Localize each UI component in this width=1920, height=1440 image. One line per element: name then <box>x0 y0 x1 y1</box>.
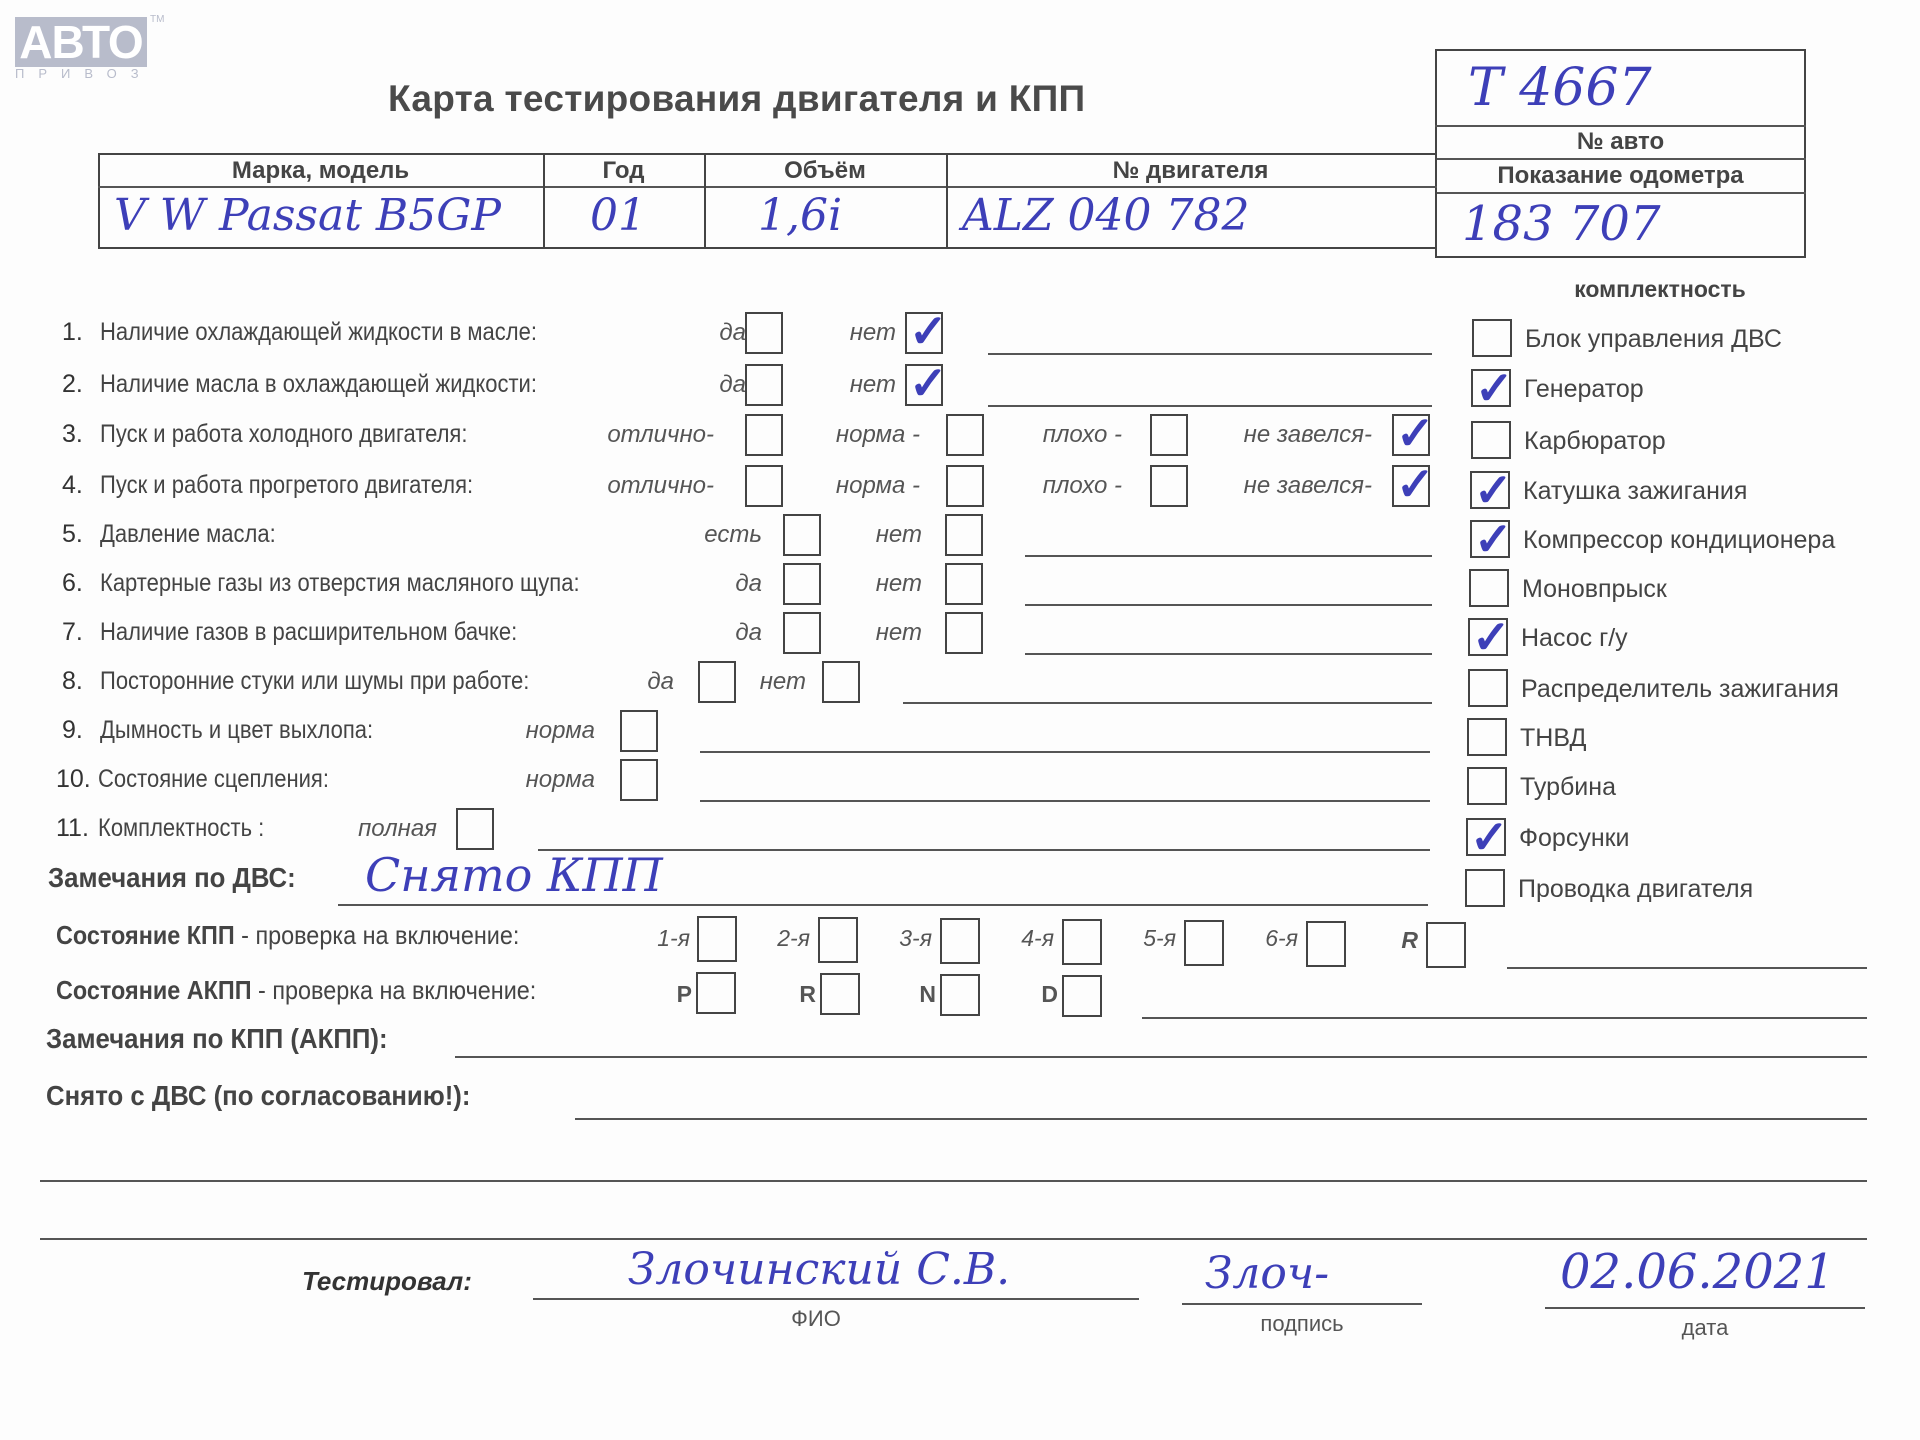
completeness-label: Генератор <box>1524 375 1644 404</box>
option-label: нет <box>722 619 922 647</box>
question-number: 2. <box>62 370 83 399</box>
header-volume: Объём <box>704 157 946 185</box>
option-checkbox[interactable] <box>905 312 943 354</box>
option-label: нет <box>722 570 922 598</box>
odometer-label: Показание одометра <box>1435 162 1806 190</box>
question-number: 1. <box>62 318 83 347</box>
option-checkbox[interactable] <box>822 661 860 703</box>
notes-line[interactable] <box>1025 653 1432 655</box>
manual-gearbox-label-rest: - проверка на включение: <box>235 920 520 950</box>
question-text: Картерные газы из отверстия масляного щу… <box>100 569 580 598</box>
notes-line[interactable] <box>1025 604 1432 606</box>
question-text: Посторонние стуки или шумы при работе: <box>100 667 529 696</box>
name-caption: ФИО <box>533 1306 1099 1332</box>
tester-name-field[interactable]: Злочинский С.В. <box>628 1244 1010 1295</box>
gear-label: 2-я <box>730 925 810 952</box>
question-number: 3. <box>62 420 83 449</box>
option-label: нет <box>722 521 922 549</box>
notes-line[interactable] <box>988 405 1432 407</box>
notes-line[interactable] <box>1025 555 1432 557</box>
notes-line[interactable] <box>700 751 1430 753</box>
divider <box>1435 192 1806 194</box>
auto-gearbox-label: Состояние АКПП - проверка на включение: <box>56 975 536 1006</box>
completeness-checkbox[interactable] <box>1470 520 1510 558</box>
completeness-checkbox[interactable] <box>1468 618 1508 656</box>
header-year: Год <box>543 157 704 185</box>
completeness-checkbox[interactable] <box>1469 569 1509 607</box>
gear-label: 4-я <box>974 925 1054 952</box>
option-label: не завелся- <box>1172 472 1372 500</box>
completeness-label: Блок управления ДВС <box>1525 325 1782 354</box>
option-checkbox[interactable] <box>905 364 943 406</box>
option-checkbox[interactable] <box>945 563 983 605</box>
gear-checkbox[interactable] <box>696 972 736 1014</box>
logo-trademark: TM <box>150 14 164 25</box>
gear-label: N <box>876 981 936 1008</box>
year-field[interactable]: 01 <box>590 190 646 241</box>
completeness-label: Форсунки <box>1519 824 1630 853</box>
option-label: отлично- <box>514 472 714 500</box>
completeness-label: Катушка зажигания <box>1523 477 1747 506</box>
question-number: 5. <box>62 520 83 549</box>
logo-subtitle: ПРИВОЗ <box>15 66 151 81</box>
option-label: не завелся- <box>1172 421 1372 449</box>
option-checkbox[interactable] <box>620 759 658 801</box>
removed-from-engine-label: Снято с ДВС (по согласованию!): <box>46 1080 470 1112</box>
question-text: Пуск и работа холодного двигателя: <box>100 420 467 449</box>
notes-line[interactable] <box>903 702 1432 704</box>
signature-line <box>1182 1303 1422 1305</box>
completeness-checkbox[interactable] <box>1467 767 1507 805</box>
auto-number-field[interactable]: T 4667 <box>1468 58 1652 118</box>
completeness-checkbox[interactable] <box>1465 869 1505 907</box>
question-number: 4. <box>62 471 83 500</box>
engine-remarks-field[interactable]: Снято КПП <box>365 848 663 902</box>
signature-field[interactable]: Злоч- <box>1205 1248 1329 1299</box>
option-label: отлично- <box>514 421 714 449</box>
option-checkbox[interactable] <box>945 612 983 654</box>
gear-checkbox[interactable] <box>1062 975 1102 1017</box>
option-checkbox[interactable] <box>1392 465 1430 507</box>
odometer-field[interactable]: 183 707 <box>1462 196 1661 252</box>
tested-by-label: Тестировал: <box>302 1266 472 1297</box>
completeness-checkbox[interactable] <box>1468 669 1508 707</box>
option-label: норма <box>395 766 595 794</box>
notes-line[interactable] <box>988 353 1432 355</box>
question-text: Наличие масла в охлаждающей жидкости: <box>100 370 537 399</box>
completeness-label: ТНВД <box>1520 724 1586 753</box>
manual-gearbox-label-bold: Состояние КПП <box>56 920 235 950</box>
question-text: Давление масла: <box>100 520 276 549</box>
completeness-checkbox[interactable] <box>1471 421 1511 459</box>
gear-label: 6-я <box>1218 925 1298 952</box>
completeness-label: Карбюратор <box>1524 427 1666 456</box>
header-engine-number: № двигателя <box>946 157 1435 185</box>
page-title: Карта тестирования двигателя и КПП <box>388 78 1085 120</box>
completeness-checkbox[interactable] <box>1466 818 1506 856</box>
completeness-header: комплектность <box>1490 276 1830 303</box>
notes-line[interactable] <box>538 849 1430 851</box>
option-checkbox[interactable] <box>945 514 983 556</box>
auto-gearbox-label-bold: Состояние АКПП <box>56 975 252 1005</box>
logo: АВТО <box>15 17 147 67</box>
completeness-label: Насос г/у <box>1521 624 1628 653</box>
option-checkbox[interactable] <box>456 808 494 850</box>
gear-label: 5-я <box>1096 925 1176 952</box>
question-text: Наличие охлаждающей жидкости в масле: <box>100 318 537 347</box>
question-number: 11. <box>56 814 89 843</box>
gear-checkbox[interactable] <box>940 974 980 1016</box>
completeness-checkbox[interactable] <box>1467 718 1507 756</box>
option-label: нет <box>606 668 806 696</box>
engine-number-field[interactable]: ALZ 040 782 <box>962 190 1250 241</box>
option-checkbox[interactable] <box>1392 414 1430 456</box>
date-line <box>1545 1307 1865 1309</box>
extra-line[interactable] <box>40 1238 1867 1240</box>
completeness-label: Турбина <box>1520 773 1616 802</box>
auto-gearbox-label-rest: - проверка на включение: <box>252 975 537 1005</box>
question-number: 9. <box>62 716 83 745</box>
question-text: Наличие газов в расширительном бачке: <box>100 618 517 647</box>
date-field[interactable]: 02.06.2021 <box>1560 1244 1835 1300</box>
completeness-checkbox[interactable] <box>1472 319 1512 357</box>
gearbox-remarks-label: Замечания по КПП (АКПП): <box>46 1023 388 1055</box>
manual-gearbox-line <box>1507 967 1867 969</box>
option-label: нет <box>696 371 896 399</box>
engine-remarks-line <box>338 904 1428 906</box>
completeness-label: Проводка двигателя <box>1518 875 1753 904</box>
option-label: норма <box>395 717 595 745</box>
header-make-model: Марка, модель <box>98 157 543 185</box>
gear-checkbox[interactable] <box>820 973 860 1015</box>
gear-checkbox[interactable] <box>1426 922 1466 968</box>
signature-caption: подпись <box>1182 1311 1422 1337</box>
auto-gearbox-line <box>1142 1017 1867 1019</box>
gear-label: D <box>998 981 1058 1008</box>
gear-label: 3-я <box>852 925 932 952</box>
completeness-checkbox[interactable] <box>1470 471 1510 509</box>
date-caption: дата <box>1545 1315 1865 1341</box>
question-number: 10. <box>56 765 91 794</box>
option-label: плохо - <box>922 421 1122 449</box>
completeness-checkbox[interactable] <box>1471 369 1511 407</box>
tester-name-line <box>533 1298 1139 1300</box>
gear-label: R <box>1338 927 1418 954</box>
gearbox-remarks-field[interactable] <box>455 1056 1867 1058</box>
auto-number-label: № авто <box>1435 128 1806 156</box>
notes-line[interactable] <box>700 800 1430 802</box>
engine-remarks-label: Замечания по ДВС: <box>48 862 296 894</box>
completeness-label: Распределитель зажигания <box>1521 675 1839 704</box>
divider <box>98 186 1437 188</box>
question-text: Дымность и цвет выхлопа: <box>100 716 373 745</box>
gear-label: P <box>632 981 692 1008</box>
removed-from-engine-field[interactable] <box>575 1118 1867 1120</box>
question-number: 7. <box>62 618 83 647</box>
volume-field[interactable]: 1,6i <box>758 190 842 241</box>
gear-label: R <box>756 981 816 1008</box>
gear-label: 1-я <box>610 925 690 952</box>
question-text: Пуск и работа прогретого двигателя: <box>100 471 473 500</box>
extra-line[interactable] <box>40 1180 1867 1182</box>
option-label: полная <box>237 815 437 843</box>
question-number: 6. <box>62 569 83 598</box>
option-checkbox[interactable] <box>620 710 658 752</box>
question-number: 8. <box>62 667 83 696</box>
completeness-label: Компрессор кондиционера <box>1523 526 1835 555</box>
manual-gearbox-label: Состояние КПП - проверка на включение: <box>56 920 519 951</box>
option-label: нет <box>696 319 896 347</box>
completeness-label: Моновпрыск <box>1522 575 1667 604</box>
divider <box>1435 125 1806 127</box>
option-label: плохо - <box>922 472 1122 500</box>
divider <box>1435 158 1806 160</box>
make-model-field[interactable]: V W Passat B5GP <box>114 190 501 241</box>
option-label: норма - <box>720 472 920 500</box>
question-text: Состояние сцепления: <box>98 765 329 794</box>
option-label: норма - <box>720 421 920 449</box>
